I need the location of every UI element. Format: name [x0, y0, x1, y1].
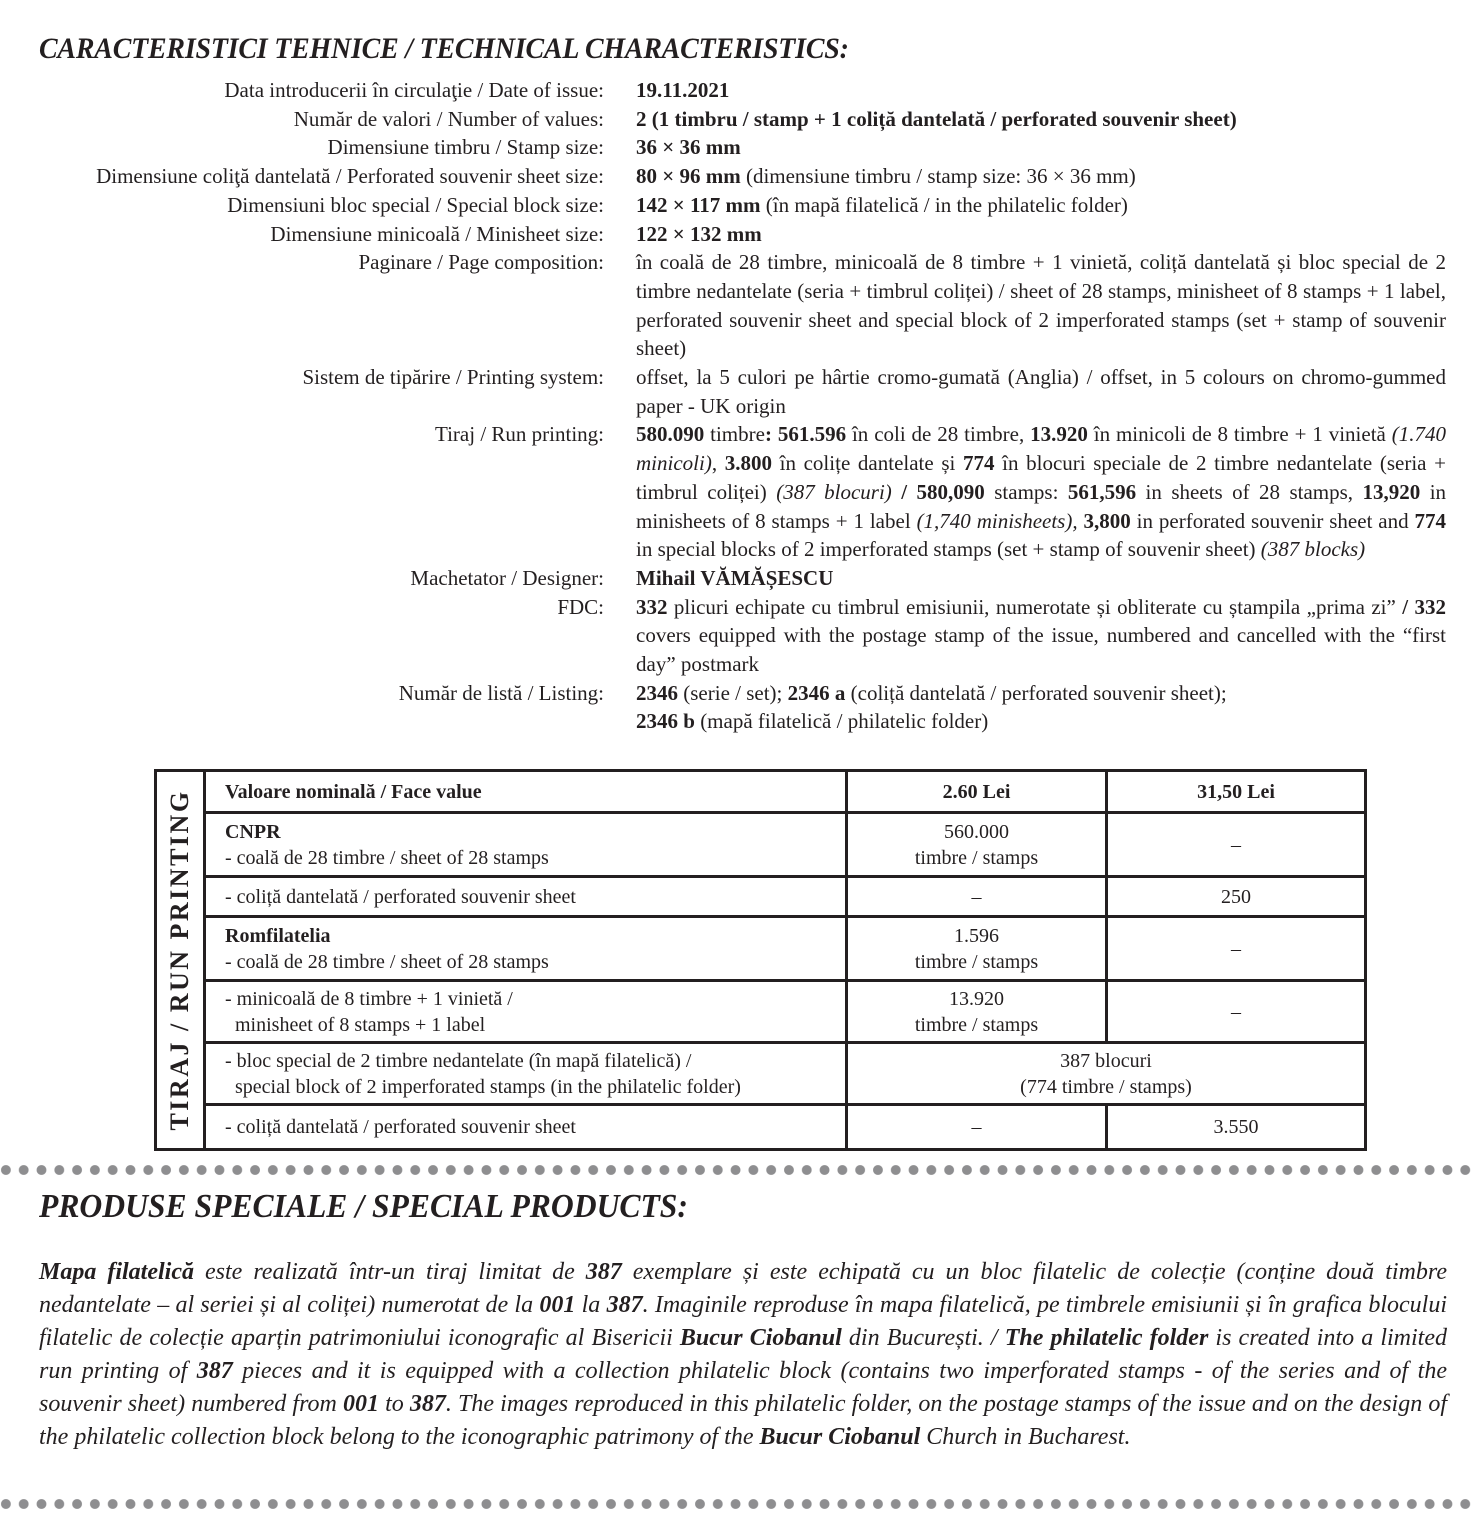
spec-row: Dimensiune minicoală / Minisheet size:12… — [0, 220, 1473, 249]
spec-value: 580.090 timbre: 561.596 în coli de 28 ti… — [636, 420, 1446, 564]
row-description: - coliță dantelată / perforated souvenir… — [206, 1106, 848, 1148]
cell-text: (774 timbre / stamps) — [1020, 1074, 1192, 1100]
cell-text: – — [972, 884, 982, 910]
spec-row: Data introducerii în circulaţie / Date o… — [0, 76, 1473, 105]
row-value-merged: 387 blocuri(774 timbre / stamps) — [848, 1044, 1364, 1106]
row-description: - bloc special de 2 timbre nedantelate (… — [206, 1044, 848, 1106]
technical-characteristics-heading: CARACTERISTICI TEHNICE / TECHNICAL CHARA… — [39, 32, 849, 66]
header-label-text: Valoare nominală / Face value — [225, 779, 482, 805]
row-value-31-50: 3.550 — [1108, 1106, 1364, 1148]
run-printing-side-label-cell: TIRAJ / RUN PRINTING — [157, 772, 206, 1148]
spec-row: Număr de listă / Listing:2346 (serie / s… — [0, 679, 1473, 736]
row-description-line: - coală de 28 timbre / sheet of 28 stamp… — [225, 949, 549, 975]
spec-row: Dimensiuni bloc special / Special block … — [0, 191, 1473, 220]
cell-text: timbre / stamps — [915, 949, 1038, 975]
spec-value: 2 (1 timbru / stamp + 1 coliță dantelată… — [636, 105, 1446, 134]
spec-label: Data introducerii în circulaţie / Date o… — [0, 76, 604, 105]
row-value-31-50: – — [1108, 814, 1364, 878]
spec-value: 80 × 96 mm (dimensiune timbru / stamp si… — [636, 162, 1446, 191]
row-description-line: - coliță dantelată / perforated souvenir… — [225, 884, 576, 910]
special-products-paragraph: Mapa filatelică este realizată într-un t… — [39, 1256, 1447, 1454]
spec-row: Paginare / Page composition:în coală de … — [0, 248, 1473, 363]
row-description: - coliță dantelată / perforated souvenir… — [206, 878, 848, 918]
spec-row: Tiraj / Run printing:580.090 timbre: 561… — [0, 420, 1473, 564]
row-description: Romfilatelia- coală de 28 timbre / sheet… — [206, 918, 848, 982]
run-printing-side-label: TIRAJ / RUN PRINTING — [165, 789, 195, 1130]
cell-text: 3.550 — [1214, 1114, 1259, 1140]
spec-label: Dimensiuni bloc special / Special block … — [0, 191, 604, 220]
spec-row: Machetator / Designer:Mihail VĂMĂȘESCU — [0, 564, 1473, 593]
spec-value: 2346 (serie / set); 2346 a (coliță dante… — [636, 679, 1446, 736]
header-col2-text: 31,50 Lei — [1197, 779, 1275, 805]
spec-value: 36 × 36 mm — [636, 133, 1446, 162]
spec-value: 142 × 117 mm (în mapă filatelică / in th… — [636, 191, 1446, 220]
dotted-divider-top — [0, 1164, 1473, 1176]
spec-row: Dimensiune timbru / Stamp size:36 × 36 m… — [0, 133, 1473, 162]
cell-text: 250 — [1221, 884, 1251, 910]
cell-text: – — [972, 1114, 982, 1140]
special-products-heading: PRODUSE SPECIALE / SPECIAL PRODUCTS: — [39, 1188, 688, 1226]
dotted-divider-bottom — [0, 1498, 1473, 1510]
row-organization: Romfilatelia — [225, 923, 331, 949]
spec-label: Dimensiune coliţă dantelată / Perforated… — [0, 162, 604, 191]
cell-text: 1.596 — [954, 923, 999, 949]
cell-text: 387 blocuri — [1060, 1048, 1152, 1074]
spec-value: offset, la 5 culori pe hârtie cromo-guma… — [636, 363, 1446, 420]
spec-row: Sistem de tipărire / Printing system:off… — [0, 363, 1473, 420]
row-value-31-50: 250 — [1108, 878, 1364, 918]
spec-label: Sistem de tipărire / Printing system: — [0, 363, 604, 420]
spec-row: Număr de valori / Number of values:2 (1 … — [0, 105, 1473, 134]
spec-value: 122 × 132 mm — [636, 220, 1446, 249]
header-face-value-label: Valoare nominală / Face value — [206, 772, 848, 814]
row-value-2-60: 560.000timbre / stamps — [848, 814, 1108, 878]
row-organization: CNPR — [225, 819, 281, 845]
row-description-line: - coliță dantelată / perforated souvenir… — [225, 1114, 576, 1140]
cell-text: – — [1231, 999, 1241, 1025]
row-description-line: - bloc special de 2 timbre nedantelate (… — [225, 1048, 691, 1074]
spec-label: FDC: — [0, 593, 604, 679]
row-value-2-60: – — [848, 1106, 1108, 1148]
spec-value: în coală de 28 timbre, minicoală de 8 ti… — [636, 248, 1446, 363]
row-description-line: - coală de 28 timbre / sheet of 28 stamp… — [225, 845, 549, 871]
spec-row: Dimensiune coliţă dantelată / Perforated… — [0, 162, 1473, 191]
spec-label: Număr de listă / Listing: — [0, 679, 604, 736]
spec-value: Mihail VĂMĂȘESCU — [636, 564, 1446, 593]
cell-text: – — [1231, 832, 1241, 858]
spec-value: 332 plicuri echipate cu timbrul emisiuni… — [636, 593, 1446, 679]
spec-label: Tiraj / Run printing: — [0, 420, 604, 564]
spec-label: Paginare / Page composition: — [0, 248, 604, 363]
row-description-line: minisheet of 8 stamps + 1 label — [225, 1012, 485, 1038]
row-description-line: special block of 2 imperforated stamps (… — [225, 1074, 741, 1100]
run-printing-table: TIRAJ / RUN PRINTING Valoare nominală / … — [154, 769, 1367, 1151]
row-description: - minicoală de 8 timbre + 1 vinietă /min… — [206, 982, 848, 1044]
run-printing-grid: Valoare nominală / Face value 2.60 Lei 3… — [206, 772, 1364, 1148]
spec-row: FDC:332 plicuri echipate cu timbrul emis… — [0, 593, 1473, 679]
spec-label: Număr de valori / Number of values: — [0, 105, 604, 134]
spec-label: Dimensiune timbru / Stamp size: — [0, 133, 604, 162]
spec-value: 19.11.2021 — [636, 76, 1446, 105]
row-value-31-50: – — [1108, 982, 1364, 1044]
row-value-31-50: – — [1108, 918, 1364, 982]
header-value-31-50: 31,50 Lei — [1108, 772, 1364, 814]
row-value-2-60: 13.920timbre / stamps — [848, 982, 1108, 1044]
header-col1-text: 2.60 Lei — [943, 779, 1011, 805]
cell-text: 560.000 — [944, 819, 1009, 845]
cell-text: 13.920 — [949, 986, 1004, 1012]
spec-label: Dimensiune minicoală / Minisheet size: — [0, 220, 604, 249]
cell-text: timbre / stamps — [915, 845, 1038, 871]
row-value-2-60: – — [848, 878, 1108, 918]
header-value-2-60: 2.60 Lei — [848, 772, 1108, 814]
specs-list: Data introducerii în circulaţie / Date o… — [0, 76, 1473, 736]
cell-text: – — [1231, 936, 1241, 962]
cell-text: timbre / stamps — [915, 1012, 1038, 1038]
row-value-2-60: 1.596timbre / stamps — [848, 918, 1108, 982]
row-description: CNPR- coală de 28 timbre / sheet of 28 s… — [206, 814, 848, 878]
spec-label: Machetator / Designer: — [0, 564, 604, 593]
row-description-line: - minicoală de 8 timbre + 1 vinietă / — [225, 986, 513, 1012]
